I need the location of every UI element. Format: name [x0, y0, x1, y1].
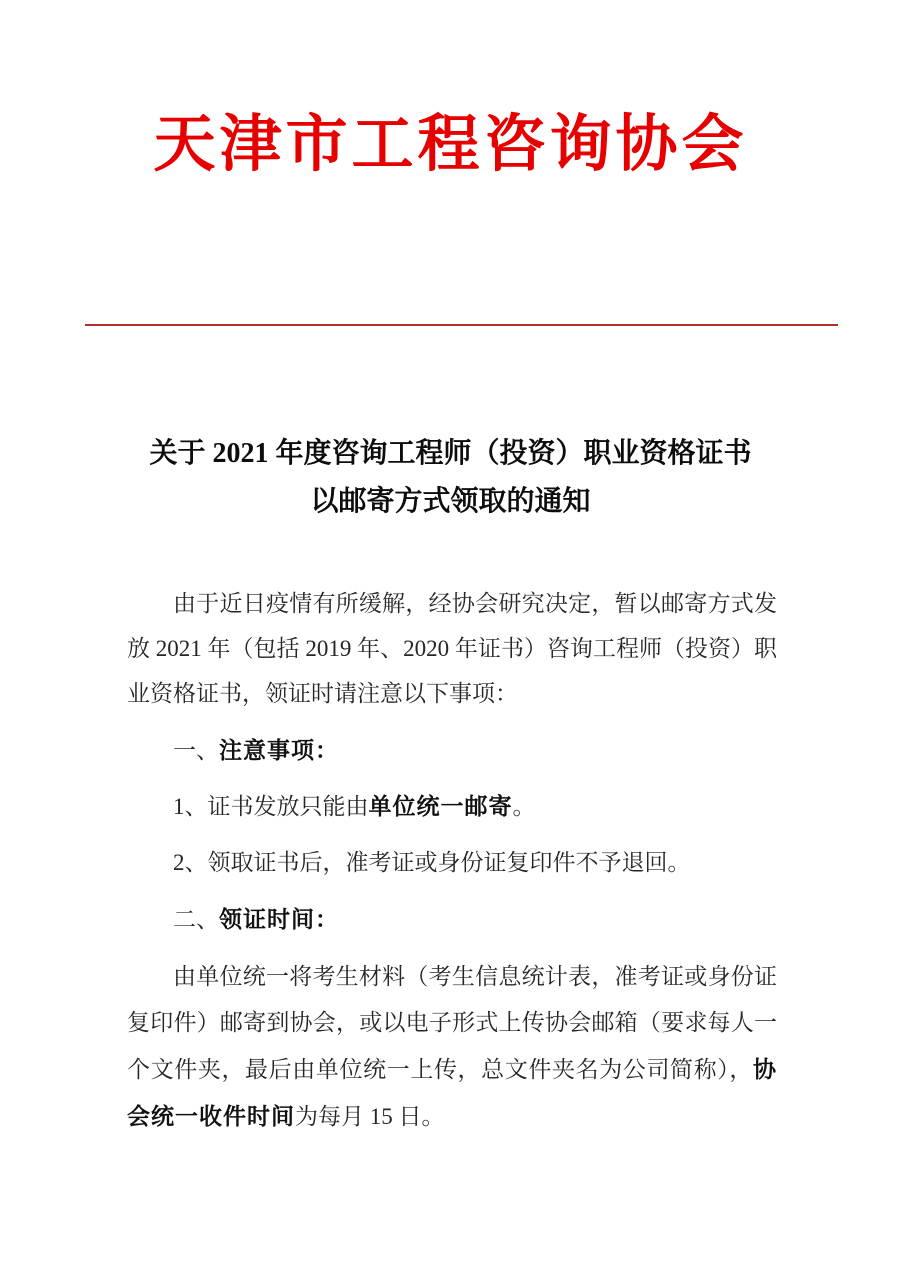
letterhead-title: 天津市工程咨询协会: [0, 114, 901, 176]
item-1-bold-phrase: 单位统一邮寄: [369, 793, 513, 819]
section-1-marker: 一、: [173, 738, 219, 763]
intro-text: 由于近日疫情有所缓解，经协会研究决定，暂以邮寄方式发放 2021 年（包括 20…: [127, 591, 777, 706]
item-1-period: 。: [513, 794, 536, 819]
intro-paragraph: 由于近日疫情有所缓解，经协会研究决定，暂以邮寄方式发放 2021 年（包括 20…: [127, 581, 777, 716]
section-2-heading: 二、领证时间：: [127, 897, 777, 942]
red-divider: [85, 324, 838, 326]
notice-body: 由于近日疫情有所缓解，经协会研究决定，暂以邮寄方式发放 2021 年（包括 20…: [127, 581, 777, 1140]
notice-title-line-2: 以邮寄方式领取的通知: [0, 478, 901, 526]
section-2-paragraph: 由单位统一将考生材料（考生信息统计表，准考证或身份证复印件）邮寄到协会，或以电子…: [127, 954, 777, 1140]
section-1-item-1: 1、证书发放只能由单位统一邮寄。: [127, 784, 777, 829]
item-1-text: 1、证书发放只能由: [173, 794, 369, 819]
section-1-heading: 一、注意事项：: [127, 728, 777, 773]
section-2-text: 由单位统一将考生材料（考生信息统计表，准考证或身份证复印件）邮寄到协会，或以电子…: [127, 964, 777, 1082]
document-page: 天津市工程咨询协会 关于 2021 年度咨询工程师（投资）职业资格证书 以邮寄方…: [0, 0, 901, 1274]
section-2-marker: 二、: [173, 907, 219, 932]
section-2-label: 领证时间：: [219, 906, 339, 932]
section-1-item-2: 2、领取证书后，准考证或身份证复印件不予退回。: [127, 840, 777, 885]
section-1-label: 注意事项：: [219, 737, 339, 763]
section-2-text-end: 为每月 15 日。: [295, 1104, 445, 1129]
notice-title: 关于 2021 年度咨询工程师（投资）职业资格证书 以邮寄方式领取的通知: [0, 430, 901, 526]
item-2-text: 2、领取证书后，准考证或身份证复印件不予退回。: [173, 850, 691, 875]
notice-title-line-1: 关于 2021 年度咨询工程师（投资）职业资格证书: [0, 430, 901, 478]
